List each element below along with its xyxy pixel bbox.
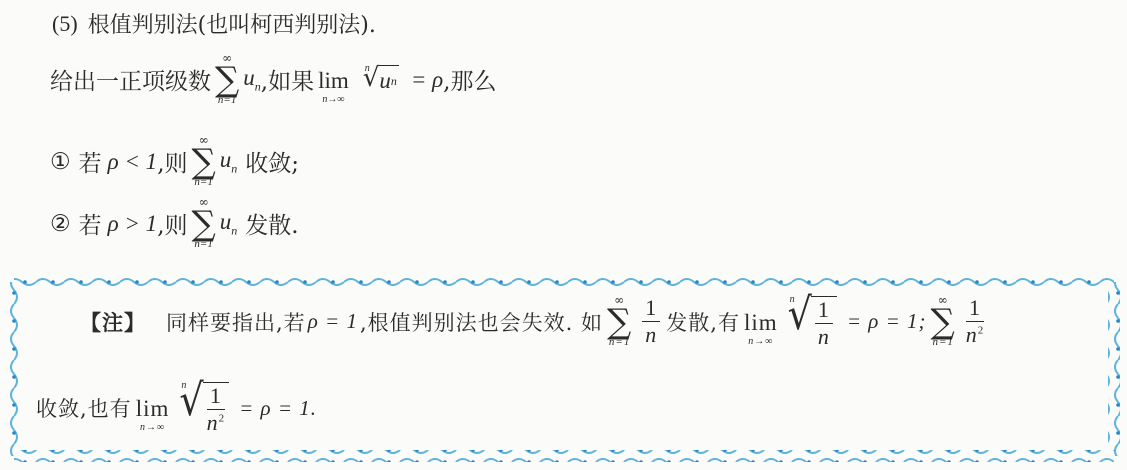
summation-symbol: ∞ ∑ n=1	[607, 294, 632, 349]
case-condition: ρ > 1	[108, 211, 158, 237]
case-converge: ① 若 ρ < 1 ,则 ∞ ∑ n=1 un 收敛;	[50, 134, 299, 189]
summation-symbol: ∞ ∑ n=1	[931, 294, 956, 349]
heading-number: (5)	[52, 11, 78, 37]
statement-suffix: ,那么	[443, 63, 496, 96]
statement-line: 给出一正项级数 ∞ ∑ n=1 un ,如果 lim n→∞ n √ un = …	[50, 52, 496, 107]
limit-operator: lim n→∞	[318, 69, 349, 105]
case-marker: ①	[50, 149, 71, 175]
nth-root: n √ un	[363, 65, 399, 94]
case-result: 收敛;	[245, 145, 299, 178]
summation-symbol: ∞ ∑ n=1	[215, 52, 239, 107]
equals-rho: = ρ	[411, 67, 443, 93]
statement-prefix: 给出一正项级数	[50, 63, 211, 96]
fraction-1-over-n: 1 n	[642, 297, 660, 346]
summation-symbol: ∞ ∑ n=1	[192, 134, 216, 189]
note-label: 【注】	[80, 307, 146, 337]
nth-root: n √ 1 n2	[179, 382, 229, 434]
bleed-through-text	[30, 118, 38, 138]
series-term: un	[243, 65, 261, 95]
heading-title: 根值判别法(也叫柯西判别法).	[88, 8, 376, 39]
case-condition: ρ < 1	[108, 149, 158, 175]
limit-operator: lim n→∞	[744, 311, 778, 347]
case-diverge: ② 若 ρ > 1 ,则 ∞ ∑ n=1 un 发散.	[50, 196, 299, 251]
case-marker: ②	[50, 211, 71, 237]
note-line-2: 收敛,也有 lim n→∞ n √ 1 n2 = ρ = 1.	[36, 382, 317, 434]
case-result: 发散.	[245, 207, 298, 240]
limit-operator: lim n→∞	[136, 397, 170, 433]
fraction-1-over-n-squared: 1 n2	[966, 297, 985, 346]
note-line-1: 【注】 同样要指出,若 ρ = 1 ,根值判别法也会失效. 如 ∞ ∑ n=1 …	[80, 294, 990, 349]
nth-root: n √ 1 n	[788, 296, 837, 348]
section-heading: (5) 根值判别法(也叫柯西判别法).	[52, 8, 376, 39]
summation-symbol: ∞ ∑ n=1	[192, 196, 216, 251]
cond-prefix: ,如果	[261, 63, 314, 96]
